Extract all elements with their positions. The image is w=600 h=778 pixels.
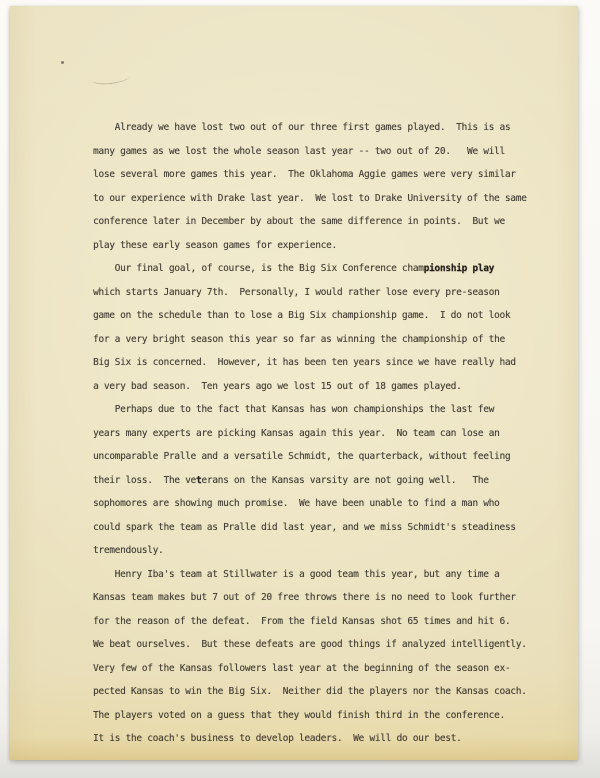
- typed-line: tremendously.: [93, 539, 553, 563]
- photo-background: Already we have lost two out of our thre…: [0, 0, 600, 778]
- typed-text: Already we have lost two out of our thre…: [93, 116, 553, 751]
- typed-segment: Henry Iba's team at Stillwater is a good…: [93, 569, 499, 580]
- typed-segment: Very few of the Kansas followers last ye…: [93, 663, 510, 674]
- typed-line: years many experts are picking Kansas ag…: [93, 422, 553, 446]
- paper-edge-shading-left: [10, 6, 36, 760]
- typed-segment: play these early season games for experi…: [93, 240, 337, 251]
- typed-line: Big Six is concerned. However, it has be…: [93, 351, 553, 375]
- typed-segment: lose several more games this year. The O…: [93, 169, 516, 180]
- typed-segment: years many experts are picking Kansas ag…: [93, 428, 499, 439]
- typed-line: to our experience with Drake last year. …: [93, 187, 553, 211]
- typed-segment: their loss. The ve: [93, 475, 196, 486]
- typed-line: Very few of the Kansas followers last ye…: [93, 657, 553, 681]
- typed-line: Our final goal, of course, is the Big Si…: [93, 257, 553, 281]
- typed-segment: conference later in December by about th…: [93, 216, 505, 227]
- typed-segment: Our final goal, of course, is the Big Si…: [93, 263, 424, 274]
- typed-line: for the reason of the defeat. From the f…: [93, 610, 553, 634]
- typed-line: We beat ourselves. But these defeats are…: [93, 633, 553, 657]
- typed-segment: Perhaps due to the fact that Kansas has …: [93, 404, 494, 415]
- typed-segment: a very bad season. Ten years ago we lost…: [93, 381, 462, 392]
- typed-segment: for the reason of the defeat. From the f…: [93, 616, 510, 627]
- pencil-smudge: [92, 71, 131, 86]
- typed-line: It is the coach's business to develop le…: [93, 727, 553, 751]
- overstruck-text: pionship play: [424, 263, 494, 274]
- typed-line: Perhaps due to the fact that Kansas has …: [93, 398, 553, 422]
- typed-segment: pected Kansas to win the Big Six. Neithe…: [93, 686, 527, 697]
- typed-segment: sophomores are showing much promise. We …: [93, 498, 499, 509]
- typed-line: Kansas team makes but 7 out of 20 free t…: [93, 586, 553, 610]
- paper-sheet: Already we have lost two out of our thre…: [10, 6, 578, 760]
- typed-line: play these early season games for experi…: [93, 234, 553, 258]
- typed-segment: tremendously.: [93, 545, 163, 556]
- typed-segment: We beat ourselves. But these defeats are…: [93, 639, 527, 650]
- typed-line: for a very bright season this year so fa…: [93, 328, 553, 352]
- typed-segment: to our experience with Drake last year. …: [93, 193, 527, 204]
- typed-line: their loss. The veterans on the Kansas v…: [93, 469, 553, 493]
- ink-speck: [61, 61, 64, 64]
- typed-segment: many games as we lost the whole season l…: [93, 146, 505, 157]
- typed-segment: The players voted on a guess that they w…: [93, 710, 505, 721]
- typed-line: game on the schedule than to lose a Big …: [93, 304, 553, 328]
- typed-line: Henry Iba's team at Stillwater is a good…: [93, 563, 553, 587]
- typed-line: uncomparable Pralle and a versatile Schm…: [93, 445, 553, 469]
- typed-line: sophomores are showing much promise. We …: [93, 492, 553, 516]
- typed-segment: uncomparable Pralle and a versatile Schm…: [93, 451, 510, 462]
- typed-line: conference later in December by about th…: [93, 210, 553, 234]
- typed-segment: game on the schedule than to lose a Big …: [93, 310, 510, 321]
- typed-line: Already we have lost two out of our thre…: [93, 116, 553, 140]
- typed-line: pected Kansas to win the Big Six. Neithe…: [93, 680, 553, 704]
- typed-line: which starts January 7th. Personally, I …: [93, 281, 553, 305]
- typed-line: The players voted on a guess that they w…: [93, 704, 553, 728]
- typed-segment: Big Six is concerned. However, it has be…: [93, 357, 516, 368]
- typed-line: lose several more games this year. The O…: [93, 163, 553, 187]
- typed-segment: for a very bright season this year so fa…: [93, 334, 505, 345]
- typed-segment: Kansas team makes but 7 out of 20 free t…: [93, 592, 516, 603]
- typed-segment: erans on the Kansas varsity are not goin…: [201, 475, 488, 486]
- typed-segment: could spark the team as Pralle did last …: [93, 522, 516, 533]
- typed-segment: which starts January 7th. Personally, I …: [93, 287, 499, 298]
- typed-line: a very bad season. Ten years ago we lost…: [93, 375, 553, 399]
- paper-edge-shading-right: [556, 6, 578, 760]
- typed-line: could spark the team as Pralle did last …: [93, 516, 553, 540]
- typed-segment: It is the coach's business to develop le…: [93, 733, 462, 744]
- typed-segment: Already we have lost two out of our thre…: [93, 122, 510, 133]
- typed-line: many games as we lost the whole season l…: [93, 140, 553, 164]
